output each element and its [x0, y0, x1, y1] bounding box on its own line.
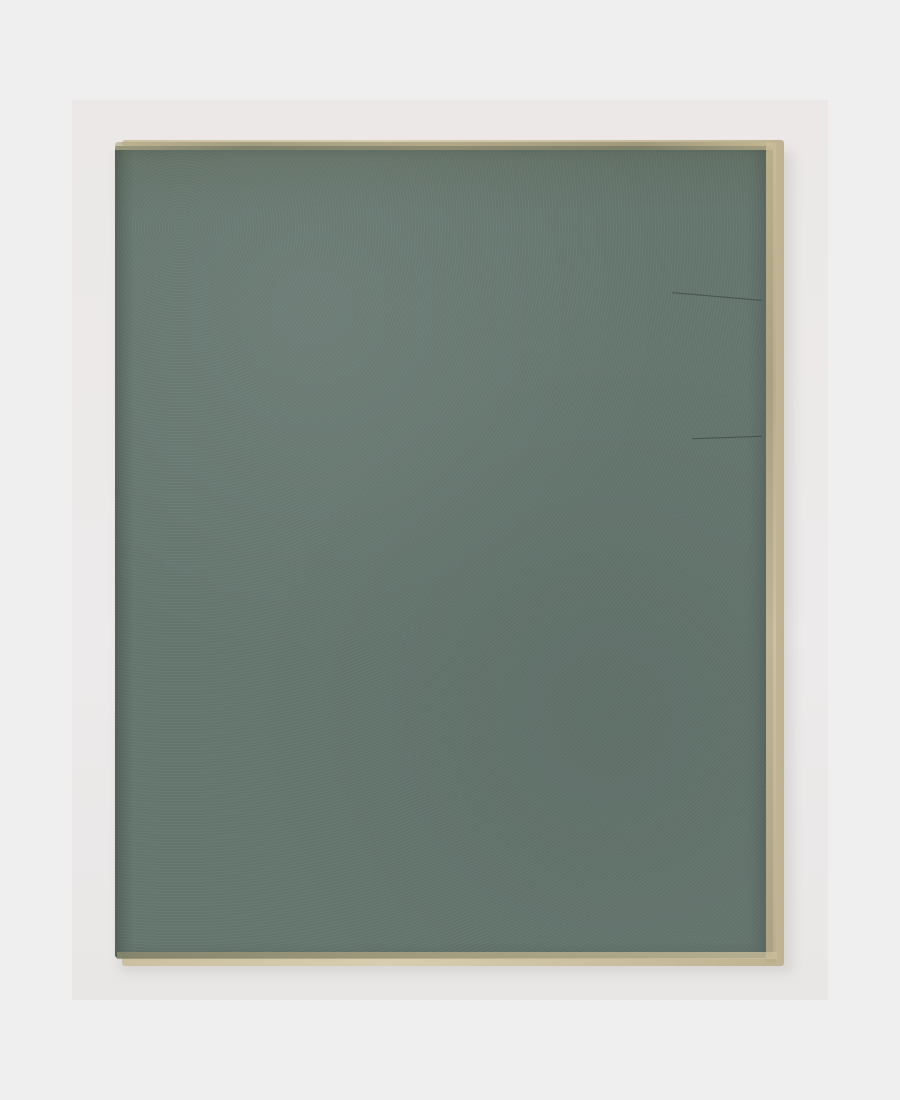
right-edge-wear [766, 142, 776, 962]
bottom-edge-wear [117, 952, 777, 959]
top-edge-wear [115, 142, 773, 150]
photo-backdrop [72, 100, 828, 1000]
booklet-cover [115, 146, 773, 958]
